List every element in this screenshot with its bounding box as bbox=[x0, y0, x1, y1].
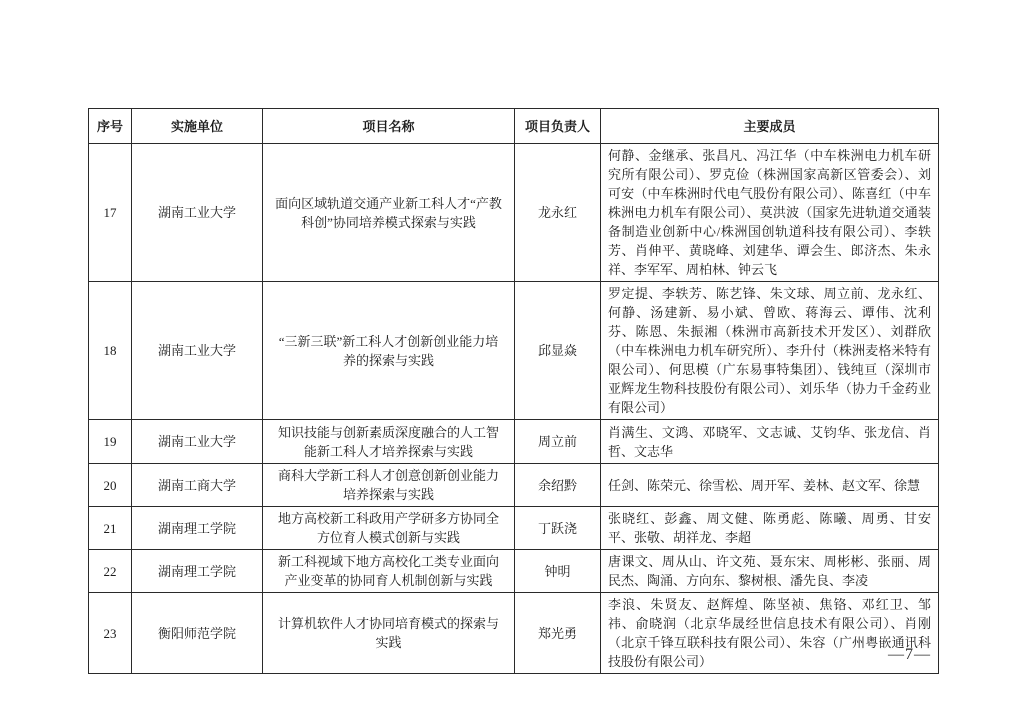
cell-no: 23 bbox=[89, 593, 132, 674]
cell-members: 肖满生、文鸿、邓晓军、文志诚、艾钧华、张龙信、肖哲、文志华 bbox=[601, 420, 939, 464]
cell-unit: 湖南工业大学 bbox=[132, 282, 263, 420]
cell-unit: 湖南理工学院 bbox=[132, 550, 263, 593]
cell-leader: 周立前 bbox=[515, 420, 601, 464]
cell-unit: 湖南工商大学 bbox=[132, 464, 263, 507]
cell-project: 面向区域轨道交通产业新工科人才“产教科创”协同培养模式探索与实践 bbox=[263, 144, 515, 282]
cell-unit: 湖南工业大学 bbox=[132, 144, 263, 282]
header-leader: 项目负责人 bbox=[515, 109, 601, 144]
cell-members: 唐课文、周从山、许文苑、聂东宋、周彬彬、张丽、周民杰、陶涌、方向东、黎树根、潘先… bbox=[601, 550, 939, 593]
header-members: 主要成员 bbox=[601, 109, 939, 144]
cell-unit: 衡阳师范学院 bbox=[132, 593, 263, 674]
cell-project: 知识技能与创新素质深度融合的人工智能新工科人才培养探索与实践 bbox=[263, 420, 515, 464]
cell-members: 罗定提、李轶芳、陈艺锋、朱文球、周立前、龙永红、何静、汤建新、易小斌、曾欧、蒋海… bbox=[601, 282, 939, 420]
table-row: 18 湖南工业大学 “三新三联”新工科人才创新创业能力培养的探索与实践 邱显焱 … bbox=[89, 282, 939, 420]
cell-project: “三新三联”新工科人才创新创业能力培养的探索与实践 bbox=[263, 282, 515, 420]
cell-no: 21 bbox=[89, 507, 132, 550]
cell-members: 张晓红、彭鑫、周文健、陈勇彪、陈曦、周勇、甘安平、张敬、胡祥龙、李超 bbox=[601, 507, 939, 550]
cell-leader: 丁跃浇 bbox=[515, 507, 601, 550]
project-table: 序号 实施单位 项目名称 项目负责人 主要成员 17 湖南工业大学 面向区域轨道… bbox=[88, 108, 939, 674]
cell-no: 17 bbox=[89, 144, 132, 282]
table-header-row: 序号 实施单位 项目名称 项目负责人 主要成员 bbox=[89, 109, 939, 144]
cell-no: 22 bbox=[89, 550, 132, 593]
page-number: —7— bbox=[888, 646, 931, 664]
cell-leader: 郑光勇 bbox=[515, 593, 601, 674]
cell-project: 地方高校新工科政用产学研多方协同全方位育人模式创新与实践 bbox=[263, 507, 515, 550]
cell-no: 18 bbox=[89, 282, 132, 420]
cell-leader: 龙永红 bbox=[515, 144, 601, 282]
cell-project: 计算机软件人才协同培育模式的探索与实践 bbox=[263, 593, 515, 674]
table-row: 22 湖南理工学院 新工科视域下地方高校化工类专业面向产业变革的协同育人机制创新… bbox=[89, 550, 939, 593]
table-row: 23 衡阳师范学院 计算机软件人才协同培育模式的探索与实践 郑光勇 李浪、朱贤友… bbox=[89, 593, 939, 674]
cell-leader: 余绍黔 bbox=[515, 464, 601, 507]
cell-unit: 湖南理工学院 bbox=[132, 507, 263, 550]
cell-project: 新工科视域下地方高校化工类专业面向产业变革的协同育人机制创新与实践 bbox=[263, 550, 515, 593]
table-row: 21 湖南理工学院 地方高校新工科政用产学研多方协同全方位育人模式创新与实践 丁… bbox=[89, 507, 939, 550]
cell-leader: 钟明 bbox=[515, 550, 601, 593]
document-page: 序号 实施单位 项目名称 项目负责人 主要成员 17 湖南工业大学 面向区域轨道… bbox=[0, 0, 1024, 723]
cell-unit: 湖南工业大学 bbox=[132, 420, 263, 464]
cell-no: 20 bbox=[89, 464, 132, 507]
cell-members: 任剑、陈荣元、徐雪松、周开军、姜林、赵文军、徐慧 bbox=[601, 464, 939, 507]
cell-no: 19 bbox=[89, 420, 132, 464]
header-no: 序号 bbox=[89, 109, 132, 144]
table-row: 20 湖南工商大学 商科大学新工科人才创意创新创业能力培养探索与实践 余绍黔 任… bbox=[89, 464, 939, 507]
header-unit: 实施单位 bbox=[132, 109, 263, 144]
cell-leader: 邱显焱 bbox=[515, 282, 601, 420]
cell-project: 商科大学新工科人才创意创新创业能力培养探索与实践 bbox=[263, 464, 515, 507]
table-row: 19 湖南工业大学 知识技能与创新素质深度融合的人工智能新工科人才培养探索与实践… bbox=[89, 420, 939, 464]
cell-members: 何静、金继承、张昌凡、冯江华（中车株洲电力机车研究所有限公司）、罗克俭（株洲国家… bbox=[601, 144, 939, 282]
table-row: 17 湖南工业大学 面向区域轨道交通产业新工科人才“产教科创”协同培养模式探索与… bbox=[89, 144, 939, 282]
header-project: 项目名称 bbox=[263, 109, 515, 144]
